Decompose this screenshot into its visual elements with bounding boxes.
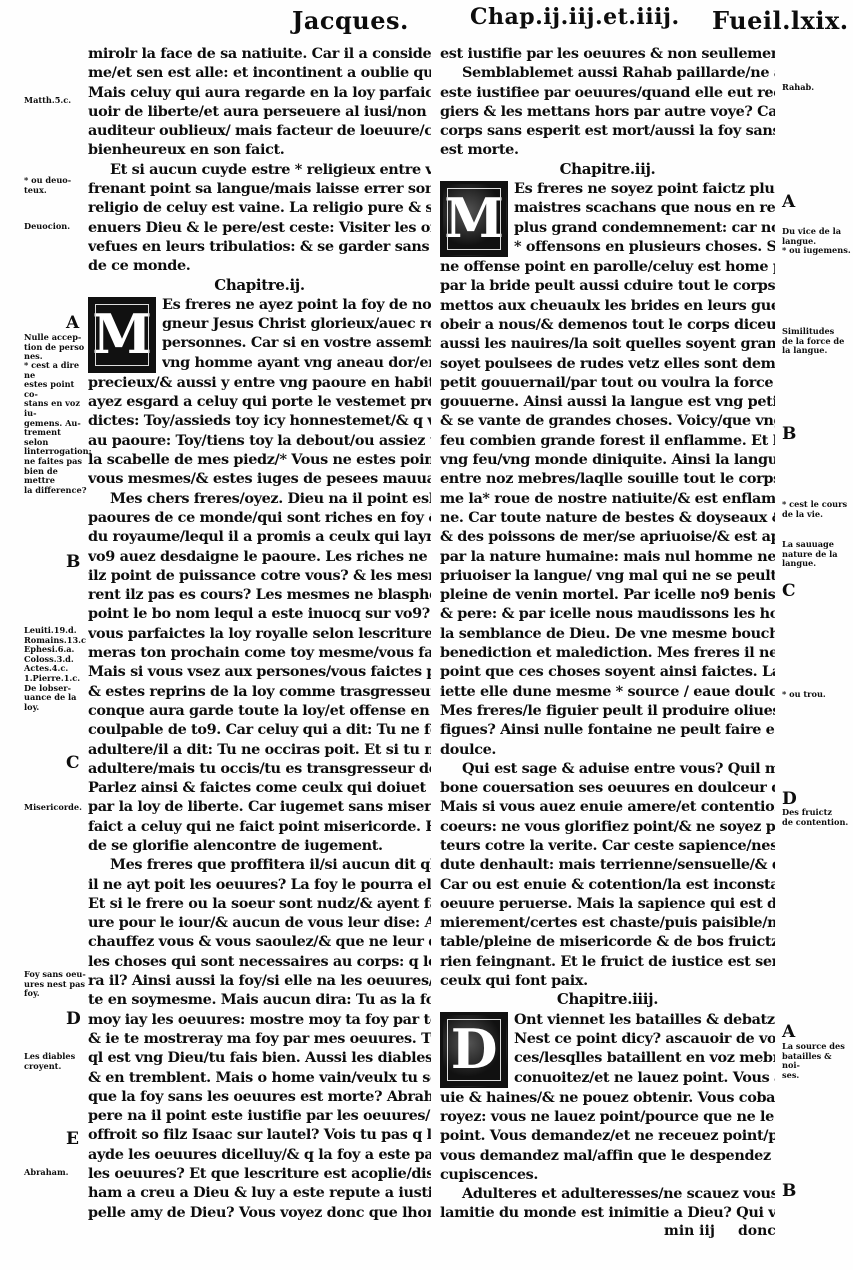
left-text-column: mirolr la face de sa natiuite. Car il a … [88,44,431,1222]
section-letter-marker: C [66,754,130,772]
text-line: vous parfaictes la loy royalle selon les… [88,624,431,643]
text-line: & se vante de grandes choses. Voicy/que … [440,411,775,430]
section-letter-marker: D [66,1010,130,1028]
text-line: ilz point de puissance cotre vous? & les… [88,566,431,585]
text-line: les oeuures? Et que lescriture est acopl… [88,1164,431,1183]
text-line: & en tremblent. Mais o home vain/veulx t… [88,1068,431,1087]
chapter-4-title: Chapitre.iiij. [440,990,775,1009]
text-line: Et si aucun cuyde estre * religieux entr… [88,160,431,179]
margin-gloss: * ou trou. [782,690,852,700]
text-line: rent ilz pas es cours? Les mesmes ne bla… [88,585,431,604]
paragraph-religion: Et si aucun cuyde estre * religieux entr… [88,160,431,276]
signature-mark: min iij [664,1223,739,1239]
text-line: ne. Car toute nature de bestes & doyseau… [440,508,775,527]
text-line: obeir a nous/& demenos tout le corps dic… [440,315,775,334]
paragraph-james-1-end: mirolr la face de sa natiuite. Car il a … [88,44,431,160]
text-line: Car ou est enuie & cotention/la est inco… [440,875,775,894]
text-line: & ie te mostreray ma foy par mes oeuures… [88,1029,431,1048]
text-line: Mes freres/le figuier peult il produire … [440,701,775,720]
text-line: frenant point sa langue/mais laisse erre… [88,179,431,198]
text-line: point que ces choses soyent ainsi faicte… [440,662,775,681]
catchword: donc [738,1223,776,1239]
text-line: vous mesmes/& estes iuges de pesees mauu… [88,469,431,488]
text-line: religio de celuy est vaine. La religio p… [88,198,431,217]
section-letter-marker: B [66,553,130,571]
section-letter-marker: B [782,1182,852,1200]
text-line: mirolr la face de sa natiuite. Car il a … [88,44,431,63]
dropcap-text: Es freres ne ayez point la foy de nostre… [162,295,431,372]
section-letter-marker: E [66,1130,130,1148]
text-line: ne offense point en parolle/celuy est ho… [440,257,775,276]
text-line: Adulteres et adulteresses/ne scauez vous… [440,1184,775,1203]
running-head-chapters: Chap.ij.iij.et.iiij. [470,4,680,30]
text-line: table/pleine de misericorde & de bos fru… [440,932,775,951]
text-line: Semblablemet aussi Rahab paillarde/ne a … [440,63,775,82]
text-line: par la nature humaine: mais nul homme ne… [440,547,775,566]
text-line: Parlez ainsi & faictes come ceulx qui do… [88,778,431,797]
text-line: ces/lesqlles bataillent en voz mebres? V… [514,1048,775,1067]
margin-gloss: Matth.5.c. [24,96,88,106]
text-line: rien feingnant. Et le fruict de iustice … [440,952,775,971]
section-letter-marker: C [782,582,852,600]
text-line: coeurs: ne vous glorifiez point/& ne soy… [440,817,775,836]
text-line: lamitie du monde est inimitie a Dieu? Qu… [440,1203,775,1222]
text-line: moy iay les oeuures: mostre moy ta foy p… [88,1010,431,1029]
text-line: vo9 auez desdaigne le paoure. Les riches… [88,547,431,566]
text-line: vng homme ayant vng aneau dor/en vesteme… [162,353,431,372]
text-line: uie & haines/& ne pouez obtenir. Vous co… [440,1088,775,1107]
text-line: * offensons en plusieurs choses. Si aucu… [514,237,775,256]
margin-gloss: Les diables croyent. [24,1052,88,1071]
paragraph-wisdom: Qui est sage & aduise entre vous? Quil m… [440,759,775,991]
text-line: bienheureux en son faict. [88,140,431,159]
text-line: pere na il point este iustifie par les o… [88,1106,431,1125]
text-line: uoir de liberte/et aura perseuere al ius… [88,102,431,121]
text-line: figues? Ainsi nulle fontaine ne peult fa… [440,720,775,739]
text-line: la semblance de Dieu. De vne mesme bouch… [440,624,775,643]
chapter-4-opening: D Ont viennet les batailles & debatz ent… [440,1010,775,1088]
margin-gloss: * cest le cours de la vie. [782,500,852,519]
margin-gloss: Deuocion. [24,222,88,232]
chapter-2-opening: M Es freres ne ayez point la foy de nost… [88,295,431,373]
right-text-column: est iustifie par les oeuures & non seull… [440,44,775,1223]
text-line: par la bride peult aussi cduire tout le … [440,276,775,295]
text-line: doulce. [440,740,775,759]
text-line: la scabelle de mes piedz/* Vous ne estes… [88,450,431,469]
margin-gloss: Du vice de la langue. * ou iugemens. [782,227,852,256]
margin-gloss: Abraham. [24,1168,88,1178]
text-line: & des poissons de mer/se apriuoise/& est… [440,527,775,546]
margin-gloss: Foy sans oeu- ures nest pas foy. [24,970,88,999]
section-letter-marker: A [66,314,130,332]
text-line: conuoitez/et ne lauez point. Vous auez e… [514,1068,775,1087]
text-line: coulpable de to9. Car celuy qui a dit: T… [88,720,431,739]
text-line: me la* roue de nostre natiuite/& est enf… [440,489,775,508]
paragraph-faith-works: Mes freres que proffitera il/si aucun di… [88,855,431,1222]
section-letter-marker: B [782,425,852,443]
text-line: vng feu/vng monde diniquite. Ainsi la la… [440,450,775,469]
text-line: benediction et malediction. Mes freres i… [440,643,775,662]
text-line: Et si le frere ou la soeur sont nudz/& a… [88,894,431,913]
text-line: & pere: & par icelle nous maudissons les… [440,604,775,623]
section-letter-marker: D [782,790,852,808]
text-line: gneur Jesus Christ glorieux/auec respect… [162,314,431,333]
text-line: par la loy de liberte. Car iugemet sans … [88,797,431,816]
text-line: que la foy sans les oeuures est morte? A… [88,1087,431,1106]
text-line: meras ton prochain come toy mesme/vous f… [88,643,431,662]
text-line: est morte. [440,140,775,159]
text-line: Ont viennet les batailles & debatz entre… [514,1010,775,1029]
text-line: Mais si vous vsez aux persones/vous faic… [88,662,431,681]
text-line: corps sans esperit est mort/aussi la foy… [440,121,775,140]
text-line: ure pour le iour/& aucun de vous leur di… [88,913,431,932]
text-line: ceulx qui font paix. [440,971,775,990]
margin-gloss: Misericorde. [24,803,88,813]
text-line: me/et sen est alle: et incontinent a oub… [88,63,431,82]
text-line: aussi les nauires/la soit quelles soyent… [440,334,775,353]
text-line: point. Vous demandez/et ne receuez point… [440,1126,775,1145]
margin-gloss: * ou deuo- teux. [24,176,88,195]
margin-gloss: * cest a dire ne estes point co- stans e… [24,361,88,495]
paragraph-respect-of-persons: precieux/& aussi y entre vng paoure en h… [88,373,431,489]
text-line: teurs cotre la verite. Car ceste sapienc… [440,836,775,855]
paragraph-tongue: ne offense point en parolle/celuy est ho… [440,257,775,759]
text-line: petit gouuernail/par tout ou voulra la f… [440,373,775,392]
text-line: ra il? Ainsi aussi la foy/si elle na les… [88,971,431,990]
paragraph-adulterers: Adulteres et adulteresses/ne scauez vous… [440,1184,775,1223]
margin-gloss: La sauuage nature de la langue. [782,540,852,569]
margin-gloss: Leuiti.19.d. Romains.13.c Ephesi.6.a. Co… [24,626,88,712]
text-line: ayde les oeuures dicelluy/& q la foy a e… [88,1145,431,1164]
text-line: paoures de ce monde/qui sont riches en f… [88,508,431,527]
text-line: pelle amy de Dieu? Vous voyez donc que l… [88,1203,431,1222]
text-line: adultere/il a dit: Tu ne occiras poit. E… [88,740,431,759]
section-letter-marker: A [782,193,852,211]
text-line: dictes: Toy/assieds toy icy honnestemet/… [88,411,431,430]
margin-gloss: Nulle accep- tion de perso nes. [24,333,88,362]
text-line: giers & les mettans hors par autre voye?… [440,102,775,121]
text-line: de ce monde. [88,256,431,275]
text-line: te en soymesme. Mais aucun dira: Tu as l… [88,990,431,1009]
dropcap-text: Es freres ne soyez point faictz plusieur… [514,179,775,256]
dropcap-M-ornate-icon: M [440,181,508,257]
margin-gloss: Rahab. [782,83,852,93]
text-line: priuoiser la langue/ vng mal qui ne se p… [440,566,775,585]
text-line: & estes reprins de la loy comme trasgres… [88,682,431,701]
text-line: iette elle dune mesme * source / eaue do… [440,682,775,701]
section-letter-marker: A [782,1023,852,1041]
running-head-folio: Fueil.lxix. [712,6,849,35]
text-line: conque aura garde toute la loy/et offens… [88,701,431,720]
paragraph-poor-rich: Mes chers freres/oyez. Dieu na il point … [88,489,431,856]
margin-gloss: Similitudes de la force de la langue. [782,327,852,356]
text-line: este iustifiee par oeuures/quand elle eu… [440,83,775,102]
text-line: offroit so filz Isaac sur lautel? Vois t… [88,1125,431,1144]
text-line: bone couersation ses oeuures en doulceur… [440,778,775,797]
text-line: Qui est sage & aduise entre vous? Quil m… [440,759,775,778]
text-line: adultere/mais tu occis/tu es transgresse… [88,759,431,778]
text-line: au paoure: Toy/tiens toy la debout/ou as… [88,431,431,450]
text-line: Nest ce point dicy? ascauoir de voz cocu… [514,1029,775,1048]
text-line: enuers Dieu & le pere/est ceste: Visiter… [88,218,431,237]
text-line: mettos aux cheuaulx les brides en leurs … [440,296,775,315]
margin-gloss: Des fruictz de contention. [782,808,852,827]
text-line: vous demandez mal/affin que le despendez… [440,1146,775,1165]
text-line: chauffez vous & vous saoulez/& que ne le… [88,932,431,951]
text-line: maistres scachans que nous en receurons [514,198,775,217]
text-line: auditeur oublieux/ mais facteur de loeuu… [88,121,431,140]
text-line: entre noz mebres/laqlle souille tout le … [440,469,775,488]
text-line: vefues en leurs tribulatios: & se garder… [88,237,431,256]
text-line: du royaume/lequl il a promis a ceulx qui… [88,527,431,546]
text-line: plus grand condemnement: car nous tous [514,218,775,237]
text-line: point le bo nom lequl a este inuocq sur … [88,604,431,623]
text-line: feu combien grande forest il enflamme. E… [440,431,775,450]
margin-gloss: La source des batailles & noi- ses. [782,1042,852,1080]
text-line: gouuerne. Ainsi aussi la langue est vng … [440,392,775,411]
dropcap-text: Ont viennet les batailles & debatz entre… [514,1010,775,1087]
text-line: Mais si vous auez enuie amere/et content… [440,797,775,816]
text-line: Mes freres que proffitera il/si aucun di… [88,855,431,874]
text-line: personnes. Car si en vostre assemblee en… [162,333,431,352]
chapter-2-title: Chapitre.ij. [88,276,431,295]
text-line: royez: vous ne lauez point/pource que ne… [440,1107,775,1126]
text-line: Mais celuy qui aura regarde en la loy pa… [88,83,431,102]
paragraph-wars: uie & haines/& ne pouez obtenir. Vous co… [440,1088,775,1184]
book-page: Jacques. Chap.ij.iij.et.iiij. Fueil.lxix… [0,0,853,1270]
text-line: il ne ayt poit les oeuures? La foy le po… [88,875,431,894]
text-line: precieux/& aussi y entre vng paoure en h… [88,373,431,392]
running-head-book: Jacques. [292,6,409,35]
chapter-3-opening: M Es freres ne soyez point faictz plusie… [440,179,775,257]
text-line: pleine de venin mortel. Par icelle no9 b… [440,585,775,604]
dropcap-D-ornate-icon: D [440,1012,508,1088]
text-line: soyet poulsees de rudes vetz elles sont … [440,354,775,373]
text-line: est iustifie par les oeuures & non seull… [440,44,775,63]
text-line: les choses qui sont necessaires au corps… [88,952,431,971]
text-line: dute denhault: mais terrienne/sensuelle/… [440,855,775,874]
text-line: Es freres ne soyez point faictz plusieur… [514,179,775,198]
chapter-3-title: Chapitre.iij. [440,160,775,179]
text-line: ql est vng Dieu/tu fais bien. Aussi les … [88,1048,431,1067]
text-line: Mes chers freres/oyez. Dieu na il point … [88,489,431,508]
text-line: ayez esgard a celuy qui porte le vesteme… [88,392,431,411]
dropcap-M-icon: M [88,297,156,373]
text-line: mierement/certes est chaste/puis paisibl… [440,913,775,932]
text-line: cupiscences. [440,1165,775,1184]
text-line: ham a creu a Dieu & luy a este repute a … [88,1183,431,1202]
paragraph-rahab: est iustifie par les oeuures & non seull… [440,44,775,160]
text-line: Es freres ne ayez point la foy de nostre… [162,295,431,314]
text-line: faict a celuy qui ne faict point miseric… [88,817,431,836]
text-line: de se glorifie alencontre de iugement. [88,836,431,855]
text-line: oeuure peruerse. Mais la sapience qui es… [440,894,775,913]
